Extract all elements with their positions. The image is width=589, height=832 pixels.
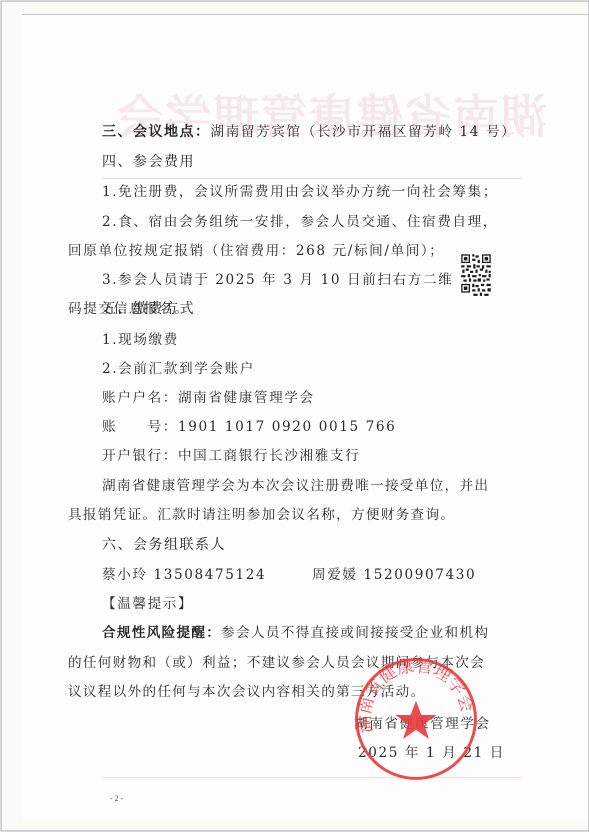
account-name-value: 湖南省健康管理学会 — [178, 390, 315, 406]
account-number-line: 账 号：1901 1017 0920 0015 766 — [102, 418, 396, 436]
fees-heading: 四、参会费用 — [102, 153, 195, 171]
account-number-label: 账 号： — [102, 419, 178, 435]
contact-1-phone: 13508475124 — [154, 567, 267, 583]
contact-2: 周爱媛 15200907430 — [312, 566, 476, 584]
fees-item-3: 3.参会人员请于 2025 年 3 月 10 日前扫右方二维 — [102, 271, 453, 289]
account-name-line: 账户户名：湖南省健康管理学会 — [102, 389, 315, 407]
venue-heading: 三、会议地点： — [102, 124, 211, 140]
venue-line: 三、会议地点：湖南留芳宾馆（长沙市开福区留芳岭 14 号） — [102, 123, 516, 141]
account-name-label: 账户户名： — [102, 390, 178, 406]
bank-label: 开户银行： — [102, 448, 178, 464]
fees-item-2: 2.食、宿由会务组统一安排，参会人员交通、住宿费自理， — [102, 213, 498, 231]
official-seal-stamp: 湖南省健康管理学会 — [352, 655, 480, 783]
payment-item-2: 2.会前汇款到学会账户 — [102, 360, 255, 378]
reminder-text-1: 参会人员不得直接或间接接受企业和机构 — [221, 625, 489, 641]
contact-2-phone: 15200907430 — [364, 567, 477, 583]
stamp-star-icon — [395, 701, 436, 739]
payment-heading: 五、缴费方式 — [102, 300, 195, 318]
venue-text: 湖南留芳宾馆（长沙市开福区留芳岭 14 号） — [211, 124, 517, 140]
account-number-value: 1901 1017 0920 0015 766 — [178, 419, 396, 435]
reminder-heading: 【温馨提示】 — [102, 595, 193, 613]
reminder-line-1: 合规性风险提醒：参会人员不得直接或间接接受企业和机构 — [102, 624, 489, 642]
bank-line: 开户银行：中国工商银行长沙湘雅支行 — [102, 447, 360, 465]
payment-item-1: 1.现场缴费 — [102, 331, 179, 349]
bank-value: 中国工商银行长沙湘雅支行 — [178, 448, 360, 464]
document-viewer-frame: 湖南省健康管理学会 三、会议地点：湖南留芳宾馆（长沙市开福区留芳岭 14 号） … — [1, 1, 589, 831]
compliance-label: 合规性风险提醒： — [102, 625, 221, 641]
payment-note-line-2: 具报销凭证。汇款时请注明参加会议名称，方便财务查询。 — [68, 506, 455, 524]
document-page: 湖南省健康管理学会 三、会议地点：湖南留芳宾馆（长沙市开福区留芳岭 14 号） … — [22, 14, 588, 821]
payment-note-line-1: 湖南省健康管理学会为本次会议注册费唯一接受单位，并出 — [102, 477, 489, 495]
contact-1-name: 蔡小玲 — [102, 567, 148, 583]
contact-1: 蔡小玲 13508475124 — [102, 566, 266, 584]
contacts-heading: 六、会务组联系人 — [102, 536, 226, 554]
contact-2-name: 周爱媛 — [312, 567, 358, 583]
page-number: - 2 - — [110, 794, 123, 803]
showthrough-red-rule — [102, 178, 522, 179]
registration-qr-code[interactable] — [460, 239, 492, 297]
fees-item-2-cont: 回原单位按规定报销（住宿费用：268 元/标间/单间）； — [68, 242, 445, 260]
fees-item-1: 1.免注册费，会议所需费用由会议举办方统一向社会筹集； — [102, 183, 498, 201]
